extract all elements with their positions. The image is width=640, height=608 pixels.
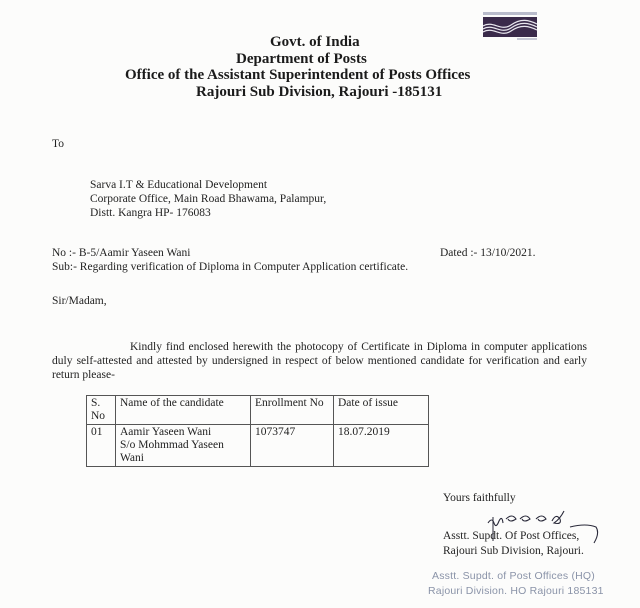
cell-enrollment: 1073747 <box>251 425 334 467</box>
addressee-line: Sarva I.T & Educational Development <box>90 179 267 191</box>
table-row: 01 Aamir Yaseen Wani S/o Mohmmad Yaseen … <box>87 425 429 467</box>
cell-date: 18.07.2019 <box>334 425 429 467</box>
name-line: Aamir Yaseen Wani <box>120 426 246 439</box>
header-enrollment: Enrollment No <box>251 396 334 425</box>
official-stamp-line: Rajouri Division. HO Rajouri 185131 <box>428 585 604 597</box>
candidate-table: S. No Name of the candidate Enrollment N… <box>86 395 429 467</box>
header-name: Name of the candidate <box>116 396 251 425</box>
name-line: S/o Mohmmad Yaseen <box>120 439 246 452</box>
salutation: Sir/Madam, <box>52 295 107 307</box>
india-post-logo-icon <box>483 12 537 42</box>
addressee-line: Distt. Kangra HP- 176083 <box>90 207 211 219</box>
to-label: To <box>52 138 64 150</box>
header-govt: Govt. of India <box>270 34 360 51</box>
header-sno: S. No <box>87 396 116 425</box>
header-date: Date of issue <box>334 396 429 425</box>
addressee-line: Corporate Office, Main Road Bhawama, Pal… <box>90 193 326 205</box>
reference-date: Dated :- 13/10/2021. <box>440 247 536 259</box>
table-header-row: S. No Name of the candidate Enrollment N… <box>87 396 429 425</box>
cell-sno: 01 <box>87 425 116 467</box>
header-address: Rajouri Sub Division, Rajouri -185131 <box>196 84 442 101</box>
name-line: Wani <box>120 452 246 465</box>
subject-line: Sub:- Regarding verification of Diploma … <box>52 261 408 273</box>
signature-icon <box>484 505 614 550</box>
header-office: Office of the Assistant Superintendent o… <box>125 67 470 84</box>
reference-number: No :- B-5/Aamir Yaseen Wani <box>52 247 190 259</box>
official-stamp-line: Asstt. Supdt. of Post Offices (HQ) <box>432 570 595 582</box>
body-paragraph: Kindly find enclosed herewith the photoc… <box>52 340 587 382</box>
closing-designation: Asstt. Supdt. Of Post Offices, <box>443 530 579 542</box>
header-department: Department of Posts <box>236 51 367 68</box>
closing-yours-faithfully: Yours faithfully <box>443 492 516 504</box>
body-text: Kindly find enclosed herewith the photoc… <box>52 341 587 381</box>
cell-name: Aamir Yaseen Wani S/o Mohmmad Yaseen Wan… <box>116 425 251 467</box>
closing-office: Rajouri Sub Division, Rajouri. <box>443 545 584 557</box>
